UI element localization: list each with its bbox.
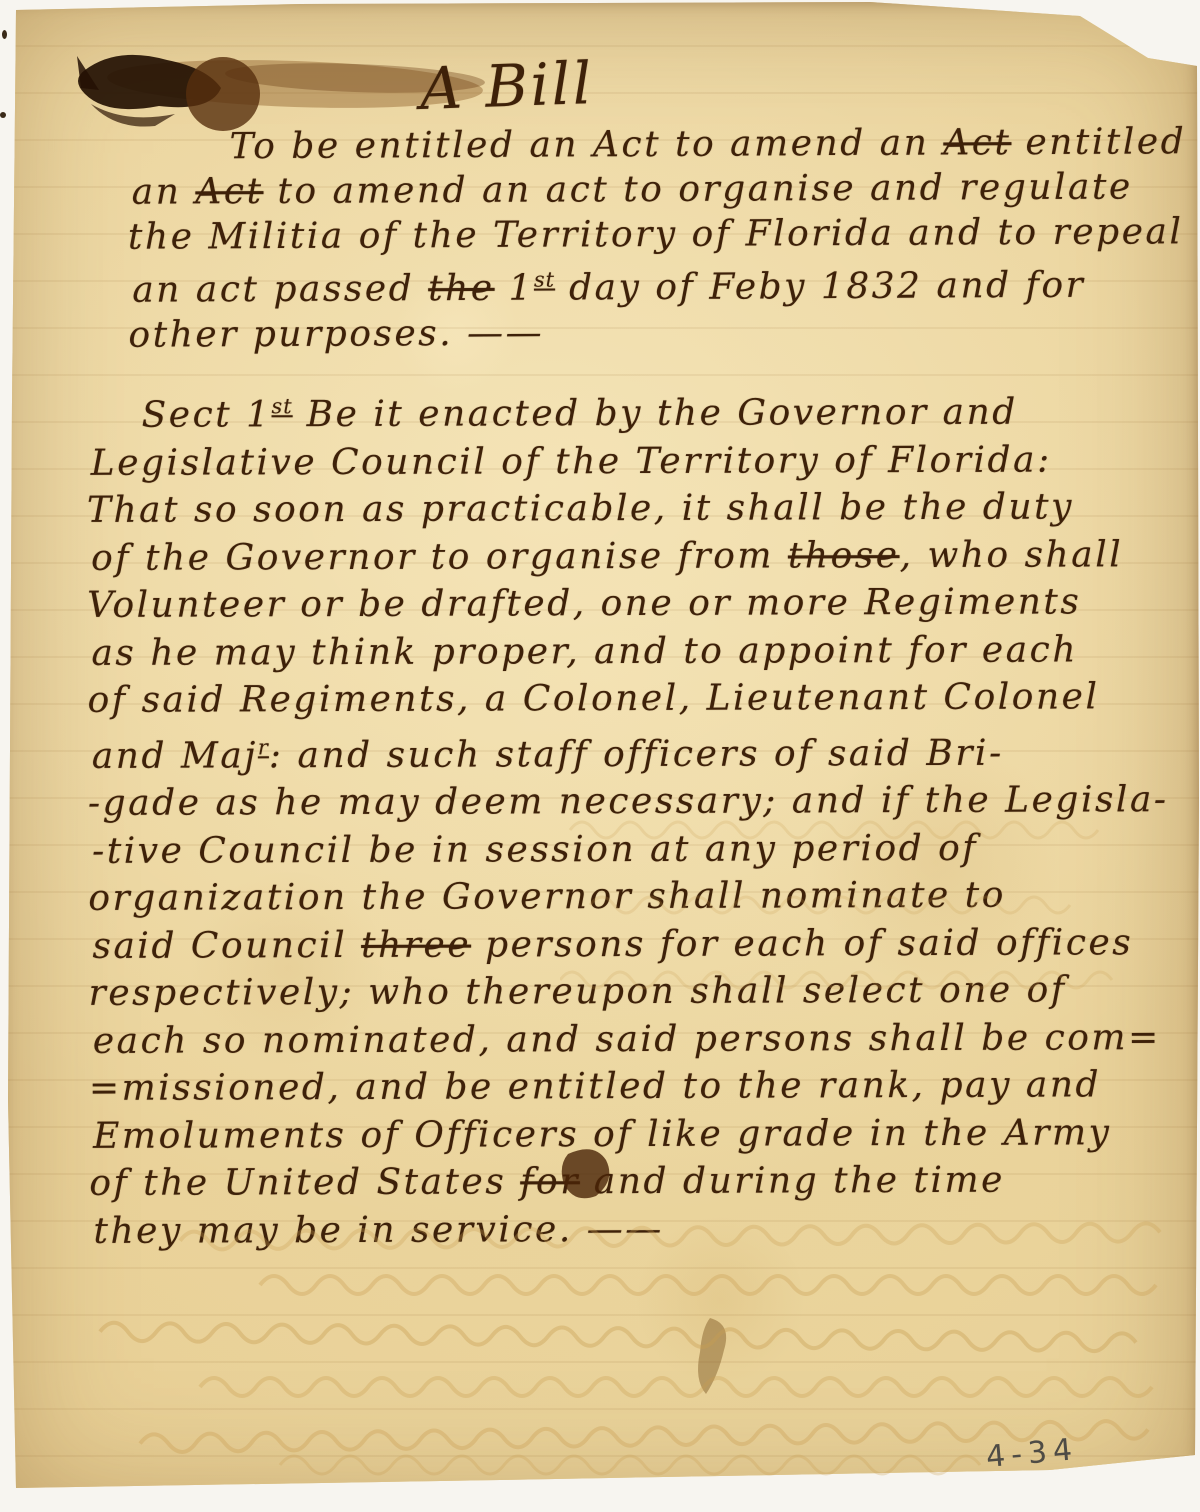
text-line: the Militia of the Territory of Florida … — [128, 209, 1188, 260]
text-segment: =missioned, and be entitled to the rank,… — [89, 1064, 1101, 1109]
text-line: -tive Council be in session at any perio… — [92, 824, 1183, 875]
text-line: they may be in service. —— — [93, 1204, 1184, 1255]
text-segment: they may be in service. —— — [93, 1208, 663, 1251]
scan-edge-speck — [0, 112, 6, 118]
text-segment: -tive Council be in session at any perio… — [92, 827, 978, 871]
text-segment: That so soon as practicable, it shall be… — [87, 486, 1074, 530]
text-segment: Sect 1 — [142, 394, 272, 435]
text-segment: an act passed — [132, 268, 428, 311]
text-segment: of the United States — [89, 1161, 520, 1204]
text-segment: each so nominated, and said persons shal… — [93, 1017, 1161, 1062]
struck-word: for — [520, 1161, 580, 1202]
text-line: That so soon as practicable, it shall be… — [87, 483, 1182, 534]
text-segment: of the Governor to organise from — [91, 535, 788, 578]
text-line: other purposes. —— — [128, 307, 1188, 358]
struck-word: the — [428, 268, 495, 309]
text-line: =missioned, and be entitled to the rank,… — [89, 1061, 1184, 1112]
text-line: an act passed the 1st day of Feby 1832 a… — [132, 254, 1188, 313]
text-segment: of said Regiments, a Colonel, Lieutenant… — [88, 676, 1100, 721]
text-segment: Be it enacted by the Governor and — [293, 392, 1018, 436]
text-line: and Majr: and such staff officers of sai… — [92, 721, 1183, 780]
scanned-manuscript: { "title": "A Bill", "page_number": "4-3… — [0, 0, 1200, 1512]
text-segment: st — [534, 268, 555, 292]
struck-word: Act — [943, 122, 1011, 163]
text-segment: persons for each of said offices — [471, 922, 1133, 965]
text-segment: st — [271, 394, 292, 418]
text-line: as he may think proper, and to appoint f… — [91, 626, 1182, 677]
text-line: of the United States for and during the … — [89, 1156, 1184, 1207]
text-line: Emoluments of Officers of like grade in … — [93, 1109, 1184, 1160]
text-segment: Volunteer or be drafted, one or more Reg… — [87, 581, 1081, 625]
text-line: of said Regiments, a Colonel, Lieutenant… — [88, 673, 1183, 724]
text-segment: to amend an act to organise and regulate — [263, 167, 1132, 213]
bill-title: A Bill — [419, 49, 595, 123]
text-segment: entitled — [1011, 121, 1186, 163]
struck-word: Act — [195, 171, 263, 212]
text-line: organization the Governor shall nominate… — [88, 871, 1183, 922]
text-segment: and during the time — [580, 1160, 1005, 1202]
text-segment: respectively; who thereupon shall select… — [89, 969, 1067, 1013]
text-segment: an — [132, 171, 196, 212]
text-segment: and Maj — [92, 735, 258, 777]
text-segment: the Militia of the Territory of Florida … — [128, 211, 1184, 258]
text-line: To be entitled an Act to amend an Act en… — [127, 119, 1187, 170]
struck-word: those — [788, 535, 900, 576]
page-number: 4-34 — [985, 1432, 1080, 1475]
text-line: Volunteer or be drafted, one or more Reg… — [87, 578, 1182, 629]
text-line: Sect 1st Be it enacted by the Governor a… — [86, 380, 1181, 439]
text-segment: as he may think proper, and to appoint f… — [91, 629, 1078, 673]
text-line: of the Governor to organise from those, … — [91, 531, 1182, 582]
text-segment: day of Feby 1832 and for — [555, 265, 1085, 309]
text-segment: r — [258, 735, 269, 759]
text-line: an Act to amend an act to organise and r… — [132, 164, 1188, 215]
text-line: said Council three persons for each of s… — [92, 919, 1183, 970]
text-segment: said Council — [92, 924, 361, 966]
text-segment: -gade as he may deem necessary; and if t… — [88, 779, 1169, 824]
text-line: -gade as he may deem necessary; and if t… — [88, 776, 1183, 827]
preamble-text: To be entitled an Act to amend an Act en… — [127, 119, 1188, 358]
text-segment: Legislative Council of the Territory of … — [91, 439, 1052, 483]
text-segment: other purposes. —— — [128, 313, 544, 356]
scan-edge-speck — [2, 30, 7, 39]
text-segment: , who shall — [899, 534, 1123, 576]
text-segment: organization the Governor shall nominate… — [88, 875, 1006, 919]
text-line: each so nominated, and said persons shal… — [93, 1014, 1184, 1065]
text-segment: 1 — [495, 268, 535, 309]
text-segment: Emoluments of Officers of like grade in … — [93, 1112, 1111, 1157]
struck-word: three — [361, 924, 471, 965]
text-line: respectively; who thereupon shall select… — [89, 966, 1184, 1017]
text-segment: To be entitled an Act to amend an — [229, 123, 943, 168]
text-line: Legislative Council of the Territory of … — [91, 436, 1182, 487]
text-segment: : and such staff officers of said Bri- — [269, 732, 1004, 776]
section-1-text: Sect 1st Be it enacted by the Governor a… — [86, 380, 1184, 1255]
